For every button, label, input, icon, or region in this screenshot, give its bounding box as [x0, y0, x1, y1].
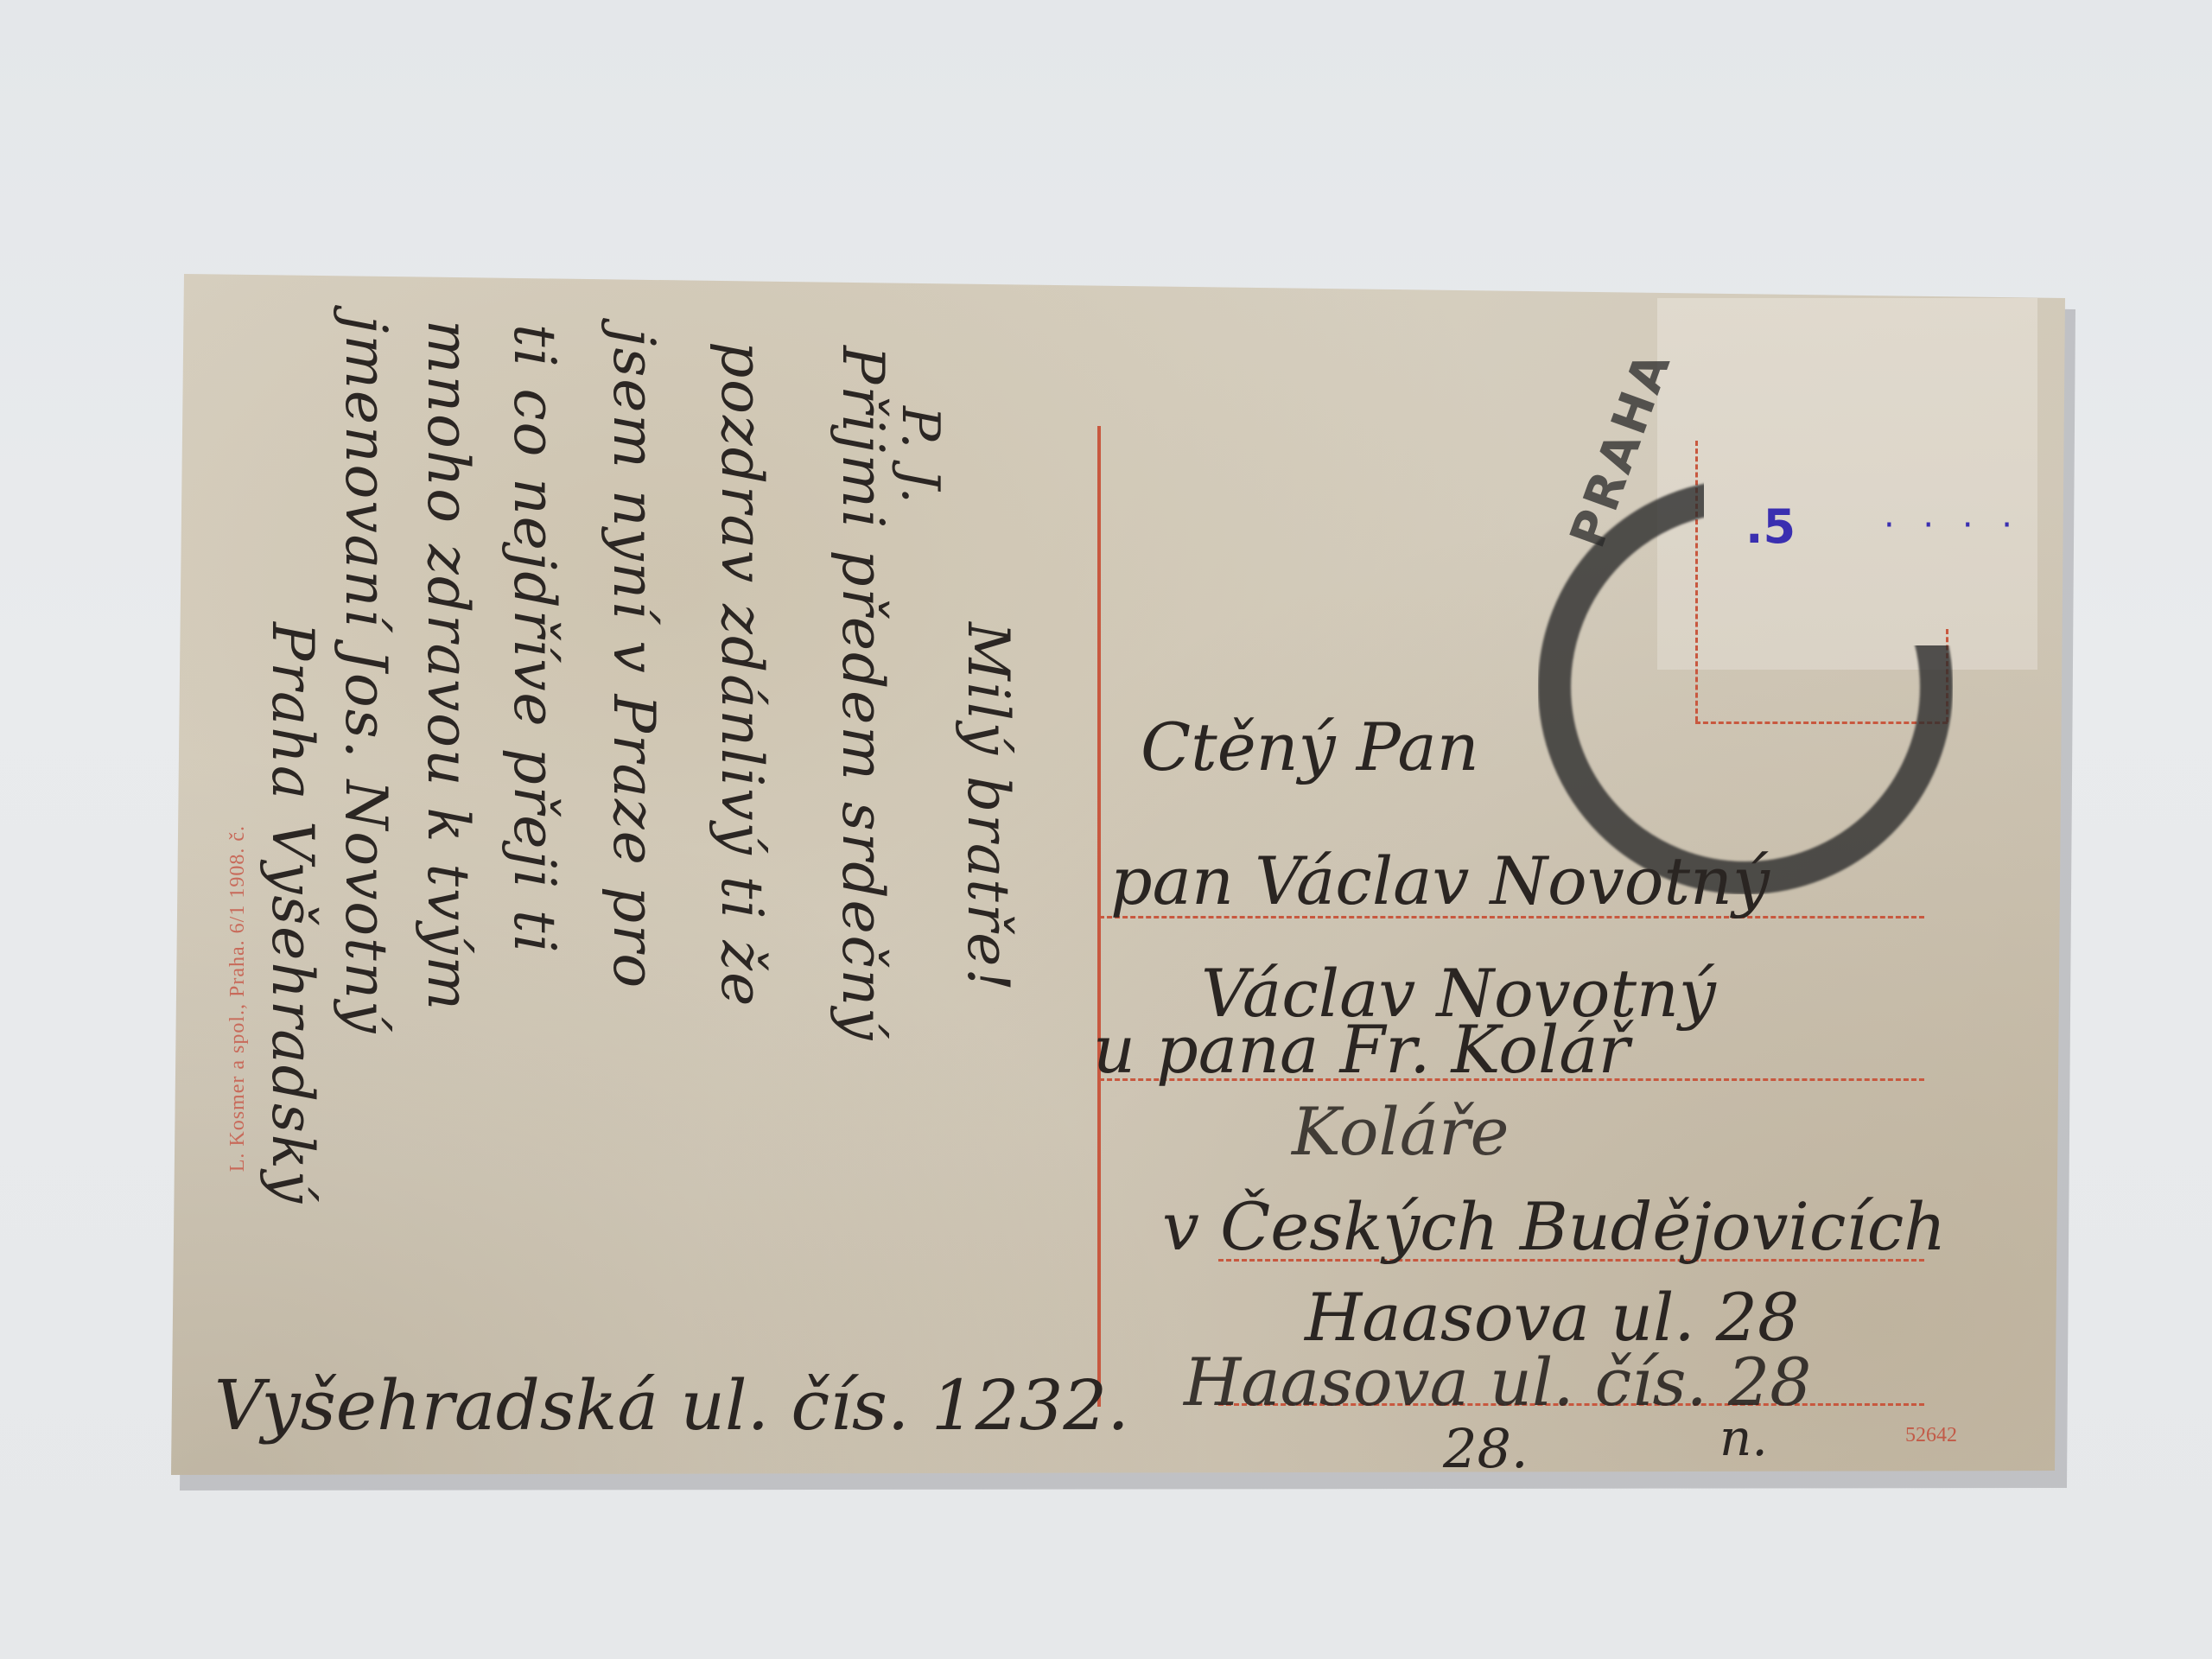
- sender-address: Vyšehradská ul. čís. 1232.: [214, 1365, 1129, 1446]
- message-line-2: P. J.: [890, 406, 950, 505]
- recipient-line-1: pan Václav Novotný: [1110, 842, 1770, 919]
- catalog-number: 52642: [1905, 1424, 1957, 1447]
- blue-pencil-mark: .5: [1745, 499, 1796, 554]
- recipient-line-4: Kolářе: [1292, 1093, 1509, 1170]
- message-line-1: Milý bratře!: [955, 622, 1021, 993]
- recipient-salutation: Ctěný Pan: [1141, 709, 1479, 785]
- message-line-6: ti co nejdříve přeji ti: [501, 324, 568, 955]
- recipient-mark: n.: [1719, 1408, 1768, 1467]
- message-line-9: Praha Vyšehradský: [259, 622, 326, 1205]
- message-line-7: mnoho zdravou k tvým: [415, 320, 481, 1012]
- message-line-8: jmenovaní Jos. Novotný: [333, 315, 399, 1034]
- recipient-line-3: u pana Fr. Kolář: [1093, 1011, 1630, 1088]
- recipient-number: 28.: [1443, 1417, 1529, 1480]
- message-line-5: jsem nyní v Praze pro: [601, 328, 667, 989]
- blue-pencil-dots: · · · ·: [1884, 505, 2021, 545]
- recipient-line-7: Haasova ul. čís. 28: [1184, 1344, 1812, 1421]
- message-line-4: pozdrav zdánlivý ti že: [709, 341, 775, 1007]
- stamp-residue: [1657, 298, 2037, 670]
- message-line-3: Přijmi předem srdečný: [829, 346, 896, 1041]
- recipient-line-5: v Českých Budějovicích: [1162, 1188, 1946, 1265]
- publisher-imprint: L. Kosmer a spol., Praha. 6/1 1908. č.: [226, 825, 250, 1172]
